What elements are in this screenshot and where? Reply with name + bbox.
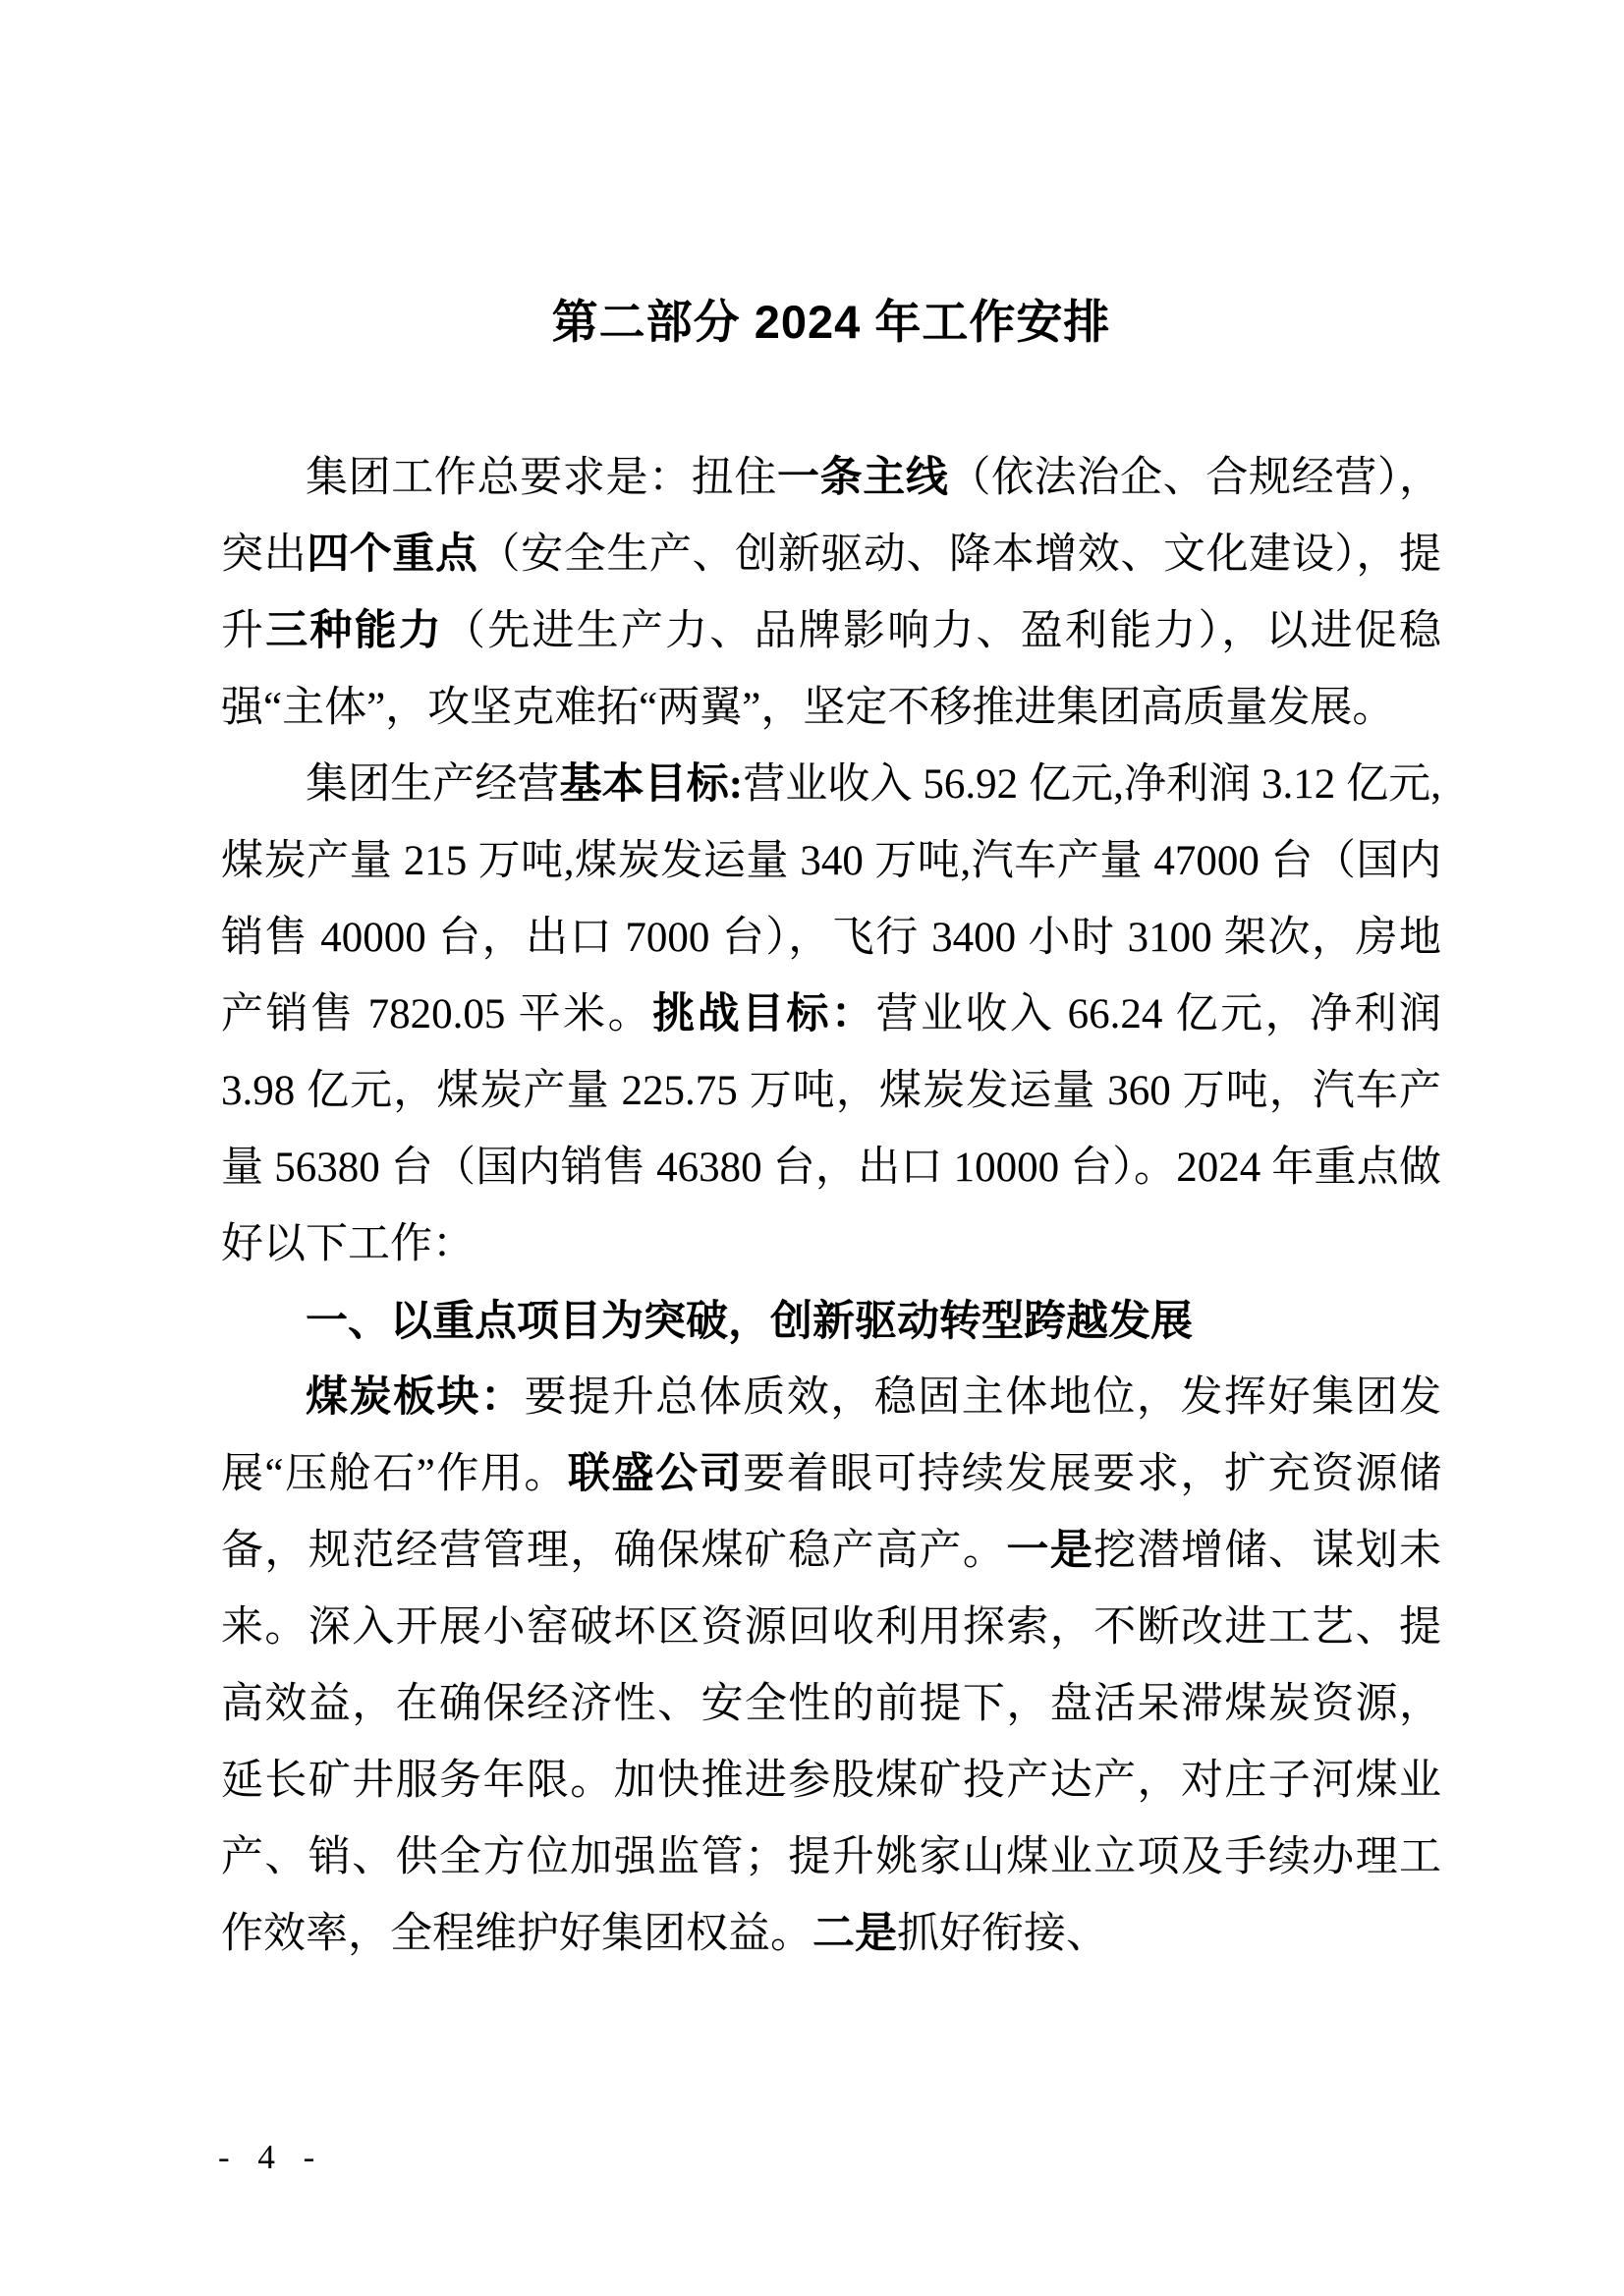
para-coal-sector: 煤炭板块：要提升总体质效，稳固主体地位，发挥好集团发展“压舱石”作用。联盛公司要…	[221, 1360, 1441, 1973]
para-overall-requirements: 集团工作总要求是：扭住一条主线（依法治企、合规经营），突出四个重点（安全生产、创…	[221, 440, 1441, 747]
bold-text-run: 一是	[1006, 1528, 1093, 1574]
text-run: 抓好衔接、	[897, 1911, 1108, 1957]
document-title: 第二部分 2024 年工作安排	[221, 287, 1441, 358]
bold-text-run: 二是	[812, 1911, 897, 1957]
text-run: 挖潜增储、谋划未来。深入开展小窑破坏区资源回收利用探索，不断改进工艺、提高效益，…	[221, 1528, 1441, 1957]
page-footer: - 4 -	[218, 2134, 324, 2181]
document-body: 集团工作总要求是：扭住一条主线（依法治企、合规经营），突出四个重点（安全生产、创…	[221, 440, 1441, 1973]
bold-text-run: 一、以重点项目为突破，创新驱动转型跨越发展	[306, 1298, 1193, 1345]
bold-text-run: 四个重点	[307, 532, 477, 578]
text-run: 集团工作总要求是：扭住	[306, 455, 777, 501]
para-production-targets: 集团生产经营基本目标:营业收入 56.92 亿元,净利润 3.12 亿元,煤炭产…	[221, 747, 1441, 1283]
bold-text-run: 联盛公司	[568, 1451, 743, 1497]
bold-text-run: 一条主线	[777, 455, 949, 501]
text-run: 集团生产经营	[306, 761, 559, 808]
document-page: 第二部分 2024 年工作安排 集团工作总要求是：扭住一条主线（依法治企、合规经…	[0, 0, 1624, 2296]
page-number: - 4 -	[218, 2138, 324, 2176]
heading-section-one: 一、以重点项目为突破，创新驱动转型跨越发展	[221, 1283, 1441, 1360]
bold-text-run: 基本目标:	[559, 761, 743, 808]
bold-text-run: 三种能力	[265, 608, 443, 654]
bold-text-run: 挑战目标：	[652, 991, 875, 1037]
bold-text-run: 煤炭板块：	[306, 1374, 525, 1421]
